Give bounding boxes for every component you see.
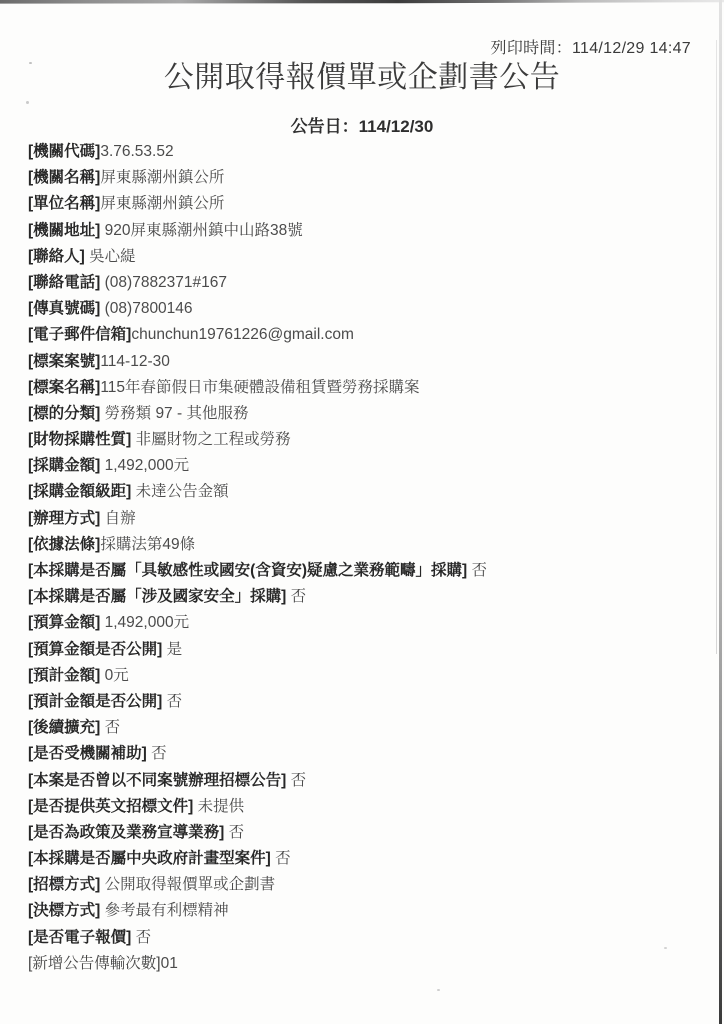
field-row: [決標方式] 參考最有利標精神 bbox=[28, 898, 690, 924]
field-value: 1,492,000元 bbox=[100, 614, 189, 631]
field-value: 否 bbox=[224, 824, 244, 841]
field-row: [本採購是否屬中央政府計畫型案件] 否 bbox=[28, 846, 690, 872]
field-row: [是否提供英文招標文件] 未提供 bbox=[28, 794, 690, 820]
field-label: [標案名稱] bbox=[28, 379, 100, 396]
field-label: [辦理方式] bbox=[28, 510, 100, 527]
field-row: [機關地址] 920屏東縣潮州鎮中山路38號 bbox=[28, 218, 690, 244]
field-value: 公開取得報價單或企劃書 bbox=[100, 876, 275, 893]
field-row: [本採購是否屬「涉及國家安全」採購] 否 bbox=[28, 584, 690, 610]
field-label: [標的分類] bbox=[28, 405, 100, 422]
field-value: 屏東縣潮州鎮公所 bbox=[100, 169, 224, 186]
field-row: [傳真號碼] (08)7800146 bbox=[28, 296, 690, 322]
field-value: 3.76.53.52 bbox=[100, 143, 173, 160]
field-label: [機關地址] bbox=[28, 222, 100, 239]
field-row: [是否電子報價] 否 bbox=[28, 925, 690, 951]
field-row: [採購金額級距] 未達公告金額 bbox=[28, 479, 690, 505]
field-value: 自辦 bbox=[100, 510, 135, 527]
field-value: 採購法第49條 bbox=[100, 536, 195, 553]
document-title: 公開取得報價單或企劃書公告 bbox=[0, 52, 724, 96]
field-row: [聯絡人] 吳心緹 bbox=[28, 244, 690, 270]
field-row: [新增公告傳輸次數]01 bbox=[28, 951, 690, 977]
field-row: [辦理方式] 自辦 bbox=[28, 506, 690, 532]
field-label: [是否受機關補助] bbox=[28, 745, 147, 762]
field-label: [傳真號碼] bbox=[28, 300, 100, 317]
field-value: 否 bbox=[286, 588, 306, 605]
field-value: 參考最有利標精神 bbox=[100, 902, 228, 919]
field-value: 否 bbox=[147, 745, 167, 762]
field-row: [機關代碼]3.76.53.52 bbox=[28, 139, 690, 165]
field-row: [標案案號]114-12-30 bbox=[28, 349, 690, 375]
field-row: [電子郵件信箱]chunchun19761226@gmail.com bbox=[28, 322, 690, 348]
field-value: 1,492,000元 bbox=[100, 457, 189, 474]
field-value: (08)7800146 bbox=[100, 300, 192, 317]
field-value: 否 bbox=[271, 850, 291, 867]
field-value: 是 bbox=[162, 641, 182, 658]
field-value: 否 bbox=[162, 693, 182, 710]
scan-artifact-top-edge bbox=[0, 0, 724, 4]
field-label: [採購金額] bbox=[28, 457, 100, 474]
field-label: [預計金額] bbox=[28, 667, 100, 684]
field-label: [新增公告傳輸次數] bbox=[28, 955, 161, 972]
field-row: [單位名稱]屏東縣潮州鎮公所 bbox=[28, 191, 690, 217]
field-label: [本採購是否屬「涉及國家安全」採購] bbox=[28, 588, 286, 605]
field-label: [是否提供英文招標文件] bbox=[28, 798, 193, 815]
field-label: [預算金額] bbox=[28, 614, 100, 631]
scan-speck bbox=[26, 101, 29, 104]
field-value: 吳心緹 bbox=[85, 248, 136, 265]
field-row: [招標方式] 公開取得報價單或企劃書 bbox=[28, 872, 690, 898]
field-label: [機關名稱] bbox=[28, 169, 100, 186]
field-label: [依據法條] bbox=[28, 536, 100, 553]
field-value: 未提供 bbox=[193, 798, 244, 815]
field-label: [採購金額級距] bbox=[28, 483, 131, 500]
field-value: 否 bbox=[100, 719, 120, 736]
field-row: [聯絡電話] (08)7882371#167 bbox=[28, 270, 690, 296]
field-value: 114-12-30 bbox=[100, 353, 170, 370]
field-row: [預計金額是否公開] 否 bbox=[28, 689, 690, 715]
field-value: 01 bbox=[161, 955, 178, 972]
scanned-document-page: 列印時間：114/12/29 14:47 公開取得報價單或企劃書公告 公告日：1… bbox=[0, 0, 724, 1024]
field-value: 屏東縣潮州鎮公所 bbox=[100, 195, 224, 212]
field-row: [本採購是否屬「具敏感性或國安(含資安)疑慮之業務範疇」採購] 否 bbox=[28, 558, 690, 584]
field-label: [聯絡人] bbox=[28, 248, 85, 265]
field-value: 0元 bbox=[100, 667, 128, 684]
field-label: [聯絡電話] bbox=[28, 274, 100, 291]
field-label: [後續擴充] bbox=[28, 719, 100, 736]
field-value: 未達公告金額 bbox=[131, 483, 228, 500]
field-label: [是否電子報價] bbox=[28, 929, 131, 946]
field-row: [是否為政策及業務宣導業務] 否 bbox=[28, 820, 690, 846]
field-row: [後續擴充] 否 bbox=[28, 715, 690, 741]
field-row: [本案是否曾以不同案號辦理招標公告] 否 bbox=[28, 768, 690, 794]
field-label: [本採購是否屬「具敏感性或國安(含資安)疑慮之業務範疇」採購] bbox=[28, 562, 467, 579]
field-label: [財物採購性質] bbox=[28, 431, 131, 448]
field-row: [預算金額] 1,492,000元 bbox=[28, 610, 690, 636]
field-label: [預算金額是否公開] bbox=[28, 641, 162, 658]
field-row: [標的分類] 勞務類 97 - 其他服務 bbox=[28, 401, 690, 427]
field-label: [是否為政策及業務宣導業務] bbox=[28, 824, 224, 841]
field-value: 否 bbox=[286, 772, 306, 789]
field-row: [依據法條]採購法第49條 bbox=[28, 532, 690, 558]
field-label: [單位名稱] bbox=[28, 195, 100, 212]
field-row: [預計金額] 0元 bbox=[28, 663, 690, 689]
field-value: 否 bbox=[131, 929, 151, 946]
field-value: 勞務類 97 - 其他服務 bbox=[100, 405, 248, 422]
field-value: chunchun19761226@gmail.com bbox=[131, 326, 354, 343]
field-label: [標案案號] bbox=[28, 353, 100, 370]
field-label: [預計金額是否公開] bbox=[28, 693, 162, 710]
field-row: [預算金額是否公開] 是 bbox=[28, 637, 690, 663]
field-label: [電子郵件信箱] bbox=[28, 326, 131, 343]
field-label: [本案是否曾以不同案號辦理招標公告] bbox=[28, 772, 286, 789]
field-row: [機關名稱]屏東縣潮州鎮公所 bbox=[28, 165, 690, 191]
field-value: (08)7882371#167 bbox=[100, 274, 227, 291]
field-value: 非屬財物之工程或勞務 bbox=[131, 431, 290, 448]
field-label: [招標方式] bbox=[28, 876, 100, 893]
field-value: 否 bbox=[467, 562, 487, 579]
field-value: 920屏東縣潮州鎮中山路38號 bbox=[100, 222, 302, 239]
field-row: [財物採購性質] 非屬財物之工程或勞務 bbox=[28, 427, 690, 453]
announcement-date: 公告日：114/12/30 bbox=[0, 112, 724, 137]
field-label: [本採購是否屬中央政府計畫型案件] bbox=[28, 850, 271, 867]
field-label: [決標方式] bbox=[28, 902, 100, 919]
field-row: [採購金額] 1,492,000元 bbox=[28, 453, 690, 479]
field-list: [機關代碼]3.76.53.52[機關名稱]屏東縣潮州鎮公所[單位名稱]屏東縣潮… bbox=[28, 139, 690, 977]
field-value: 115年春節假日市集硬體設備租賃暨勞務採購案 bbox=[100, 379, 419, 396]
field-label: [機關代碼] bbox=[28, 143, 100, 160]
scan-artifact-right-edge bbox=[719, 0, 722, 1024]
scan-speck bbox=[437, 989, 440, 991]
field-row: [是否受機關補助] 否 bbox=[28, 741, 690, 767]
field-row: [標案名稱]115年春節假日市集硬體設備租賃暨勞務採購案 bbox=[28, 375, 690, 401]
